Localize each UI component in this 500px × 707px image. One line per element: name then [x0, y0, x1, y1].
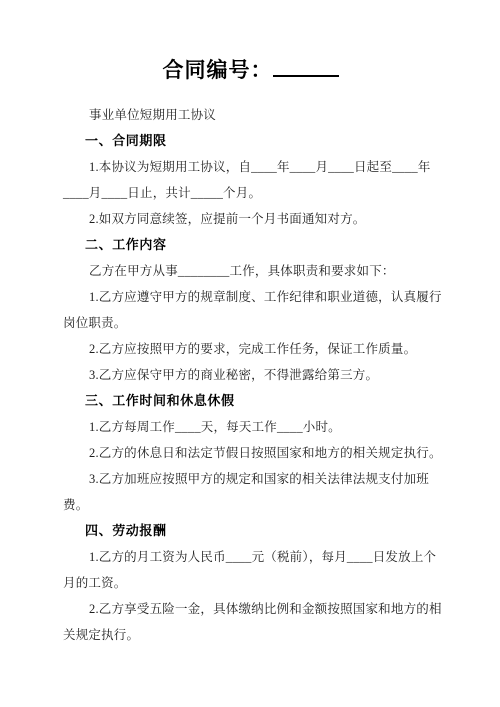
- doc-line: 关规定执行。: [63, 622, 438, 648]
- doc-line: ____月____日止，共计_____个月。: [63, 180, 438, 206]
- section-heading-3: 三、工作时间和休息休假: [63, 388, 438, 414]
- doc-line: 费。: [63, 492, 438, 518]
- section-heading-1: 一、合同期限: [63, 128, 438, 154]
- section-heading-2: 二、工作内容: [63, 232, 438, 258]
- doc-line: 岗位职责。: [63, 310, 438, 336]
- contract-number-title: 合同编号：: [63, 56, 438, 86]
- doc-line: 2.如双方同意续签，应提前一个月书面通知对方。: [63, 206, 438, 232]
- contract-document-page: 合同编号： 事业单位短期用工协议 一、合同期限 1.本协议为短期用工协议，自__…: [0, 0, 500, 707]
- section-heading-4: 四、劳动报酬: [63, 518, 438, 544]
- contract-number-blank-line: [273, 56, 339, 77]
- doc-line: 1.乙方的月工资为人民币____元（税前），每月____日发放上个: [63, 544, 438, 570]
- doc-line: 乙方在甲方从事________工作，具体职责和要求如下：: [63, 258, 438, 284]
- doc-line: 1.本协议为短期用工协议，自____年____月____日起至____年: [63, 154, 438, 180]
- contract-number-label: 合同编号：: [163, 59, 273, 82]
- doc-line: 1.乙方每周工作____天，每天工作____小时。: [63, 414, 438, 440]
- doc-subtitle: 事业单位短期用工协议: [63, 102, 438, 128]
- doc-line: 2.乙方应按照甲方的要求，完成工作任务，保证工作质量。: [63, 336, 438, 362]
- doc-line: 3.乙方应保守甲方的商业秘密，不得泄露给第三方。: [63, 362, 438, 388]
- doc-line: 1.乙方应遵守甲方的规章制度、工作纪律和职业道德，认真履行: [63, 284, 438, 310]
- doc-line: 2.乙方享受五险一金，具体缴纳比例和金额按照国家和地方的相: [63, 596, 438, 622]
- doc-line: 月的工资。: [63, 570, 438, 596]
- doc-line: 2.乙方的休息日和法定节假日按照国家和地方的相关规定执行。: [63, 440, 438, 466]
- doc-line: 3.乙方加班应按照甲方的规定和国家的相关法律法规支付加班: [63, 466, 438, 492]
